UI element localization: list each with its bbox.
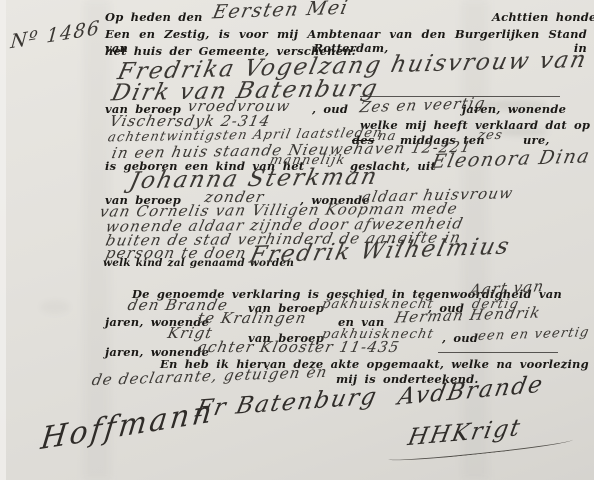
filler-rule xyxy=(438,352,558,353)
closing-hand: de declarante, getuigen en xyxy=(90,363,329,389)
handwritten-date: Eersten Mei xyxy=(211,0,351,23)
moeder-naam-1: Eleonora Dina xyxy=(430,145,593,173)
printed-oud-1: , oud xyxy=(312,102,348,116)
scan-edge xyxy=(0,0,6,480)
scan-smudge xyxy=(40,300,70,314)
signature-declarant: Fr Batenburg xyxy=(193,383,380,422)
signature-official: Hoffmann xyxy=(39,394,217,458)
printed-jaren-wonende-1: jaren, wonende xyxy=(462,102,566,116)
printed-ure: ure, xyxy=(523,133,550,147)
printed-oud-w2: , oud xyxy=(442,331,478,345)
printed-achttien-honderd: Achttien honderd xyxy=(492,10,594,24)
witness2-adres: achter Klooster 11-435 xyxy=(196,338,401,356)
birth-certificate-scan: Nº 1486 Op heden den Eersten Mei Achttie… xyxy=(0,0,594,480)
printed-op-heden-den: Op heden den xyxy=(105,10,203,24)
witness2-naam-a: Herman Hendrik xyxy=(393,303,543,326)
birth-uur: zes xyxy=(476,128,504,143)
witness2-leeftijd: een en veertig xyxy=(477,325,591,344)
